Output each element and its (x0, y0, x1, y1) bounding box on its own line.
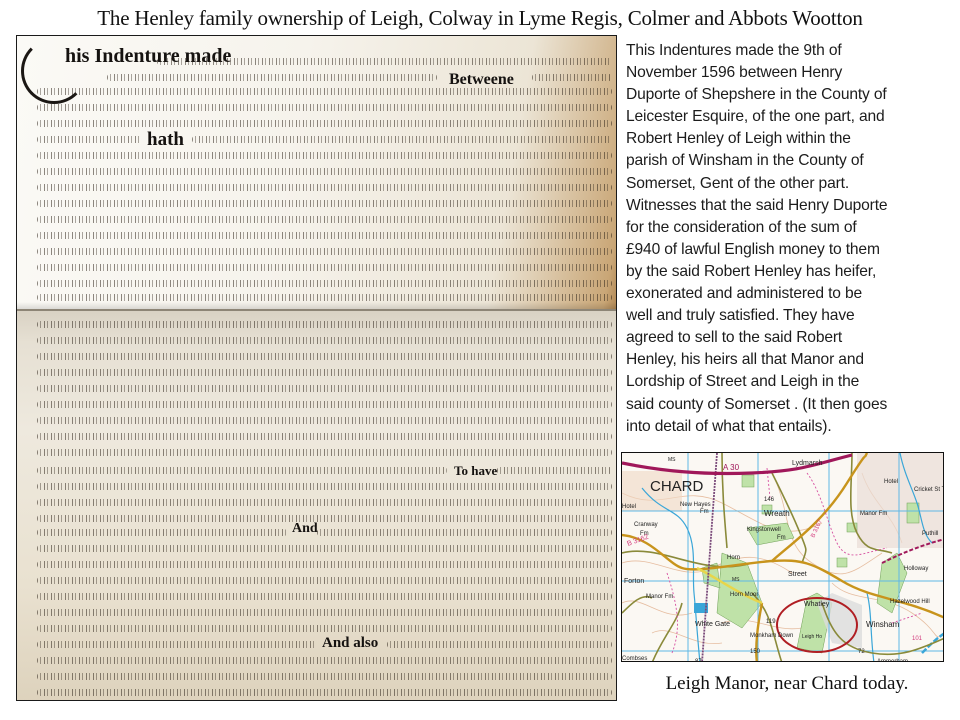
summary-line: well and truly satisfied. They have (626, 305, 958, 327)
svg-text:Manor Fm: Manor Fm (646, 594, 673, 600)
manuscript-photo: his Indenture made Betweene hath To have… (16, 35, 617, 701)
summary-line: This Indentures made the 9th of (626, 40, 958, 62)
summary-line: Duporte of Shepshere in the County of (626, 84, 958, 106)
summary-line: Witnesses that the said Henry Duporte (626, 195, 958, 217)
svg-text:Ammerham: Ammerham (877, 659, 908, 662)
ordnance-survey-map: CHARD A 30 Lydmarsh MS Hotel New Hayes F… (621, 452, 944, 662)
svg-text:MS: MS (668, 457, 676, 463)
svg-text:Winsham: Winsham (866, 620, 900, 629)
svg-text:B 3167: B 3167 (810, 518, 824, 538)
svg-text:87: 87 (695, 659, 702, 662)
svg-text:Cranway: Cranway (634, 522, 658, 528)
svg-text:119: 119 (766, 619, 776, 625)
summary-line: Leicester Esquire, of the one part, and (626, 106, 958, 128)
svg-text:Combses: Combses (622, 656, 647, 662)
svg-text:White Gate: White Gate (695, 621, 730, 628)
manuscript-heading-and-also: And also (322, 636, 378, 651)
svg-text:Fm: Fm (700, 509, 709, 515)
map-caption: Leigh Manor, near Chard today. (622, 673, 952, 695)
svg-text:Whatley: Whatley (804, 601, 830, 608)
svg-text:Monkham Down: Monkham Down (750, 633, 793, 639)
svg-text:Puthill: Puthill (922, 531, 938, 537)
summary-line: agreed to sell to the said Robert (626, 327, 958, 349)
summary-line: £940 of lawful English money to them (626, 239, 958, 261)
slide-title: The Henley family ownership of Leigh, Co… (0, 6, 960, 31)
svg-text:Cricket St Thomas: Cricket St Thomas (914, 487, 944, 493)
summary-line: parish of Winsham in the County of (626, 150, 958, 172)
svg-text:72: 72 (858, 649, 865, 655)
svg-text:Hazelwood Hill: Hazelwood Hill (890, 599, 930, 605)
svg-text:Horn Moor: Horn Moor (730, 592, 758, 598)
svg-text:Leigh Ho: Leigh Ho (802, 634, 822, 640)
summary-line: by the said Robert Henley has heifer, (626, 261, 958, 283)
svg-text:Forton: Forton (624, 578, 644, 585)
svg-text:150: 150 (750, 649, 761, 655)
manuscript-heading-to-have: To have (454, 464, 497, 477)
svg-text:Hotel: Hotel (884, 479, 898, 485)
manuscript-heading-witnesseth: hath (147, 130, 184, 149)
summary-line: November 1596 between Henry (626, 62, 958, 84)
map-label-chard: CHARD (650, 478, 704, 495)
summary-line: said county of Somerset . (It then goes (626, 394, 958, 416)
summary-line: exonerated and administered to be (626, 283, 958, 305)
manuscript-heading-between: Betweene (449, 72, 514, 88)
svg-text:Manor Fm: Manor Fm (860, 511, 887, 517)
svg-text:Kingstonwell: Kingstonwell (747, 527, 781, 533)
svg-text:MS: MS (732, 577, 740, 583)
map-graphic: CHARD A 30 Lydmarsh MS Hotel New Hayes F… (622, 453, 944, 662)
manuscript-heading-and: And (292, 522, 318, 536)
svg-text:Horn: Horn (727, 555, 740, 561)
svg-text:101: 101 (912, 636, 923, 642)
summary-line: Somerset, Gent of the other part. (626, 173, 958, 195)
svg-text:Street: Street (788, 571, 807, 578)
svg-text:Hotel: Hotel (622, 504, 636, 510)
summary-line: for the consideration of the sum of (626, 217, 958, 239)
summary-line: Henley, his heirs all that Manor and (626, 349, 958, 371)
indenture-summary: This Indentures made the 9th of November… (626, 40, 958, 438)
svg-text:Lydmarsh: Lydmarsh (792, 460, 823, 467)
svg-text:Holloway: Holloway (904, 566, 928, 572)
summary-line: Lordship of Street and Leigh in the (626, 371, 958, 393)
summary-line: into detail of what that entails). (626, 416, 958, 438)
svg-text:New Hayes: New Hayes (680, 502, 711, 508)
svg-text:A 30: A 30 (723, 463, 740, 472)
summary-line: Robert Henley of Leigh within the (626, 128, 958, 150)
svg-text:Wreath: Wreath (764, 509, 790, 518)
svg-text:Fm: Fm (777, 535, 786, 541)
svg-text:146: 146 (764, 497, 775, 503)
